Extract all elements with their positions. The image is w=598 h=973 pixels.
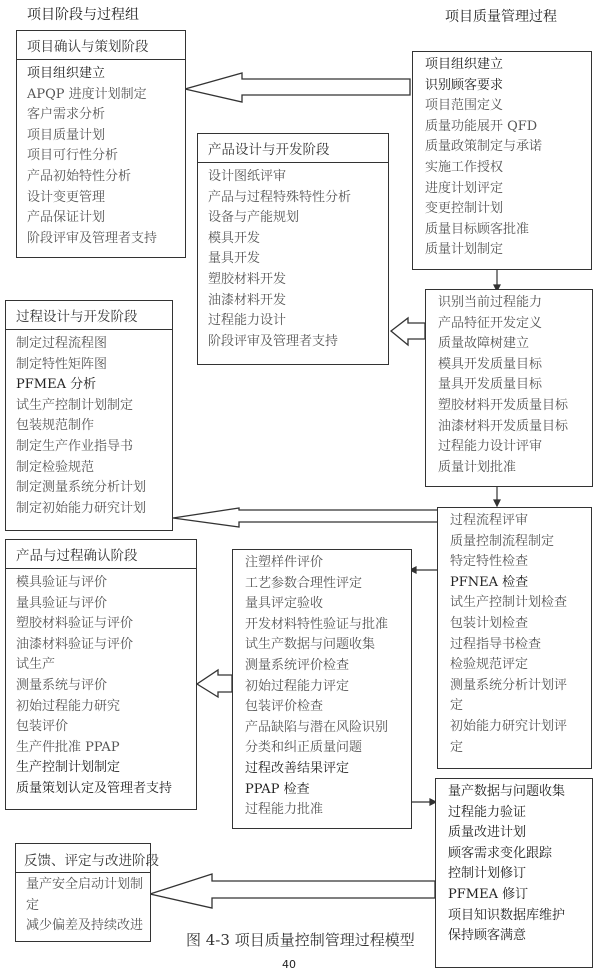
list-item: 质量控制流程制定 — [450, 532, 591, 553]
phase-items: 量产安全启动计划制 定 减少偏差及持续改进 — [16, 873, 150, 937]
list-item: 塑胶材料开发质量目标 — [438, 396, 592, 417]
hollow-arrow-4 — [197, 670, 232, 697]
process-box-5: 量产数据与问题收集 过程能力验证 质量改进计划 顾客需求变化跟踪 控制计划修订 … — [435, 778, 593, 968]
list-item: PFMEA 修订 — [448, 885, 592, 906]
phase-box-product-design: 产品设计与开发阶段 设计图纸评审 产品与过程特殊特性分析 设备与产能规划 模具开… — [197, 133, 389, 365]
list-item: 塑胶材料开发 — [208, 270, 388, 291]
process-items: 量产数据与问题收集 过程能力验证 质量改进计划 顾客需求变化跟踪 控制计划修订 … — [436, 779, 592, 947]
hollow-arrow-3 — [173, 508, 438, 527]
list-item: 进度计划评定 — [425, 179, 591, 200]
list-item: 定 — [450, 696, 591, 717]
list-item: 项目知识数据库维护 — [448, 906, 592, 927]
list-item: 识别当前过程能力 — [438, 293, 592, 314]
phase-title: 产品设计与开发阶段 — [198, 134, 388, 163]
list-item: 项目质量计划 — [27, 126, 185, 147]
list-item: 油漆材料开发 — [208, 291, 388, 312]
list-item: 质量目标顾客批准 — [425, 220, 591, 241]
list-item: 测量系统评价检查 — [245, 656, 411, 677]
process-box-3: 过程流程评审 质量控制流程制定 特定特性检查 PFNEA 检查 试生产控制计划检… — [437, 507, 592, 769]
list-item: 过程能力批准 — [245, 800, 411, 821]
phase-box-planning: 项目确认与策划阶段 项目组织建立 APQP 进度计划制定 客户需求分析 项目质量… — [16, 30, 186, 258]
hollow-arrow-5 — [150, 874, 435, 908]
list-item: 生产件批准 PPAP — [16, 738, 196, 759]
list-item: 控制计划修订 — [448, 864, 592, 885]
list-item: 包装规范制作 — [16, 416, 172, 437]
list-item: 模具验证与评价 — [16, 573, 196, 594]
list-item: 初始过程能力评定 — [245, 677, 411, 698]
process-box-4: 注塑样件评价 工艺参数合理性评定 量具评定验收 开发材料特性验证与批准 试生产数… — [232, 549, 412, 829]
list-item: 制定生产作业指导书 — [16, 437, 172, 458]
phase-items: 设计图纸评审 产品与过程特殊特性分析 设备与产能规划 模具开发 量具开发 塑胶材… — [198, 163, 388, 352]
list-item: 定 — [450, 738, 591, 759]
list-item: 产品初始特性分析 — [27, 167, 185, 188]
list-item: 注塑样件评价 — [245, 553, 411, 574]
list-item: 过程指导书检查 — [450, 635, 591, 656]
list-item: 制定特性矩阵图 — [16, 355, 172, 376]
hollow-arrow-1 — [185, 73, 410, 102]
list-item: 产品缺陷与潜在风险识别 — [245, 718, 411, 739]
list-item: 试生产数据与问题收集 — [245, 635, 411, 656]
phase-items: 模具验证与评价 量具验证与评价 塑胶材料验证与评价 油漆材料验证与评价 试生产 … — [6, 569, 196, 800]
list-item: 特定特性检查 — [450, 552, 591, 573]
list-item: 塑胶材料验证与评价 — [16, 614, 196, 635]
page-number: 40 — [282, 958, 296, 971]
process-box-1: 项目组织建立 识别顾客要求 项目范围定义 质量功能展开 QFD 质量政策制定与承… — [412, 51, 592, 270]
list-item: PFNEA 检查 — [450, 573, 591, 594]
list-item: 变更控制计划 — [425, 199, 591, 220]
process-items: 识别当前过程能力 产品特征开发定义 质量故障树建立 模具开发质量目标 量具开发质… — [426, 290, 592, 478]
list-item: 工艺参数合理性评定 — [245, 574, 411, 595]
list-item: PPAP 检查 — [245, 780, 411, 801]
phase-box-feedback-items: 量产安全启动计划制 定 减少偏差及持续改进 — [15, 872, 151, 942]
left-column-header: 项目阶段与过程组 — [27, 4, 139, 24]
phase-title: 过程设计与开发阶段 — [6, 301, 172, 330]
list-item: 项目组织建立 — [425, 55, 591, 76]
list-item: 设计变更管理 — [27, 188, 185, 209]
list-item: 试生产控制计划制定 — [16, 396, 172, 417]
right-column-header: 项目质量管理过程 — [445, 6, 557, 26]
list-item: 项目范围定义 — [425, 96, 591, 117]
process-box-2: 识别当前过程能力 产品特征开发定义 质量故障树建立 模具开发质量目标 量具开发质… — [425, 289, 593, 487]
list-item: 减少偏差及持续改进 — [26, 916, 150, 937]
list-item: 质量改进计划 — [448, 823, 592, 844]
phase-box-feedback: 反馈、评定与改进阶段 — [15, 843, 151, 873]
list-item: 定 — [26, 896, 150, 917]
list-item: 油漆材料开发质量目标 — [438, 417, 592, 438]
list-item: 量具验证与评价 — [16, 594, 196, 615]
phase-box-process-design: 过程设计与开发阶段 制定过程流程图 制定特性矩阵图 PFMEA 分析 试生产控制… — [5, 300, 173, 531]
list-item: 测量系统分析计划评 — [450, 676, 591, 697]
list-item: 产品特征开发定义 — [438, 314, 592, 335]
list-item: 试生产控制计划检查 — [450, 593, 591, 614]
list-item: 试生产 — [16, 655, 196, 676]
list-item: 制定初始能力研究计划 — [16, 499, 172, 520]
list-item: 分类和纠正质量问题 — [245, 738, 411, 759]
list-item: 过程能力设计评审 — [438, 437, 592, 458]
list-item: 过程流程评审 — [450, 511, 591, 532]
list-item: 过程能力设计 — [208, 311, 388, 332]
list-item: 项目组织建立 — [27, 64, 185, 85]
list-item: 制定过程流程图 — [16, 334, 172, 355]
phase-title: 产品与过程确认阶段 — [6, 540, 196, 569]
list-item: 初始过程能力研究 — [16, 697, 196, 718]
list-item: 质量计划批准 — [438, 458, 592, 479]
list-item: 阶段评审及管理者支持 — [208, 332, 388, 353]
list-item: 客户需求分析 — [27, 105, 185, 126]
list-item: 识别顾客要求 — [425, 76, 591, 97]
list-item: 量具开发 — [208, 249, 388, 270]
list-item: 生产控制计划制定 — [16, 758, 196, 779]
list-item: 过程能力验证 — [448, 803, 592, 824]
list-item: 实施工作授权 — [425, 158, 591, 179]
phase-box-validation: 产品与过程确认阶段 模具验证与评价 量具验证与评价 塑胶材料验证与评价 油漆材料… — [5, 539, 197, 810]
list-item: 过程改善结果评定 — [245, 759, 411, 780]
phase-items: 项目组织建立 APQP 进度计划制定 客户需求分析 项目质量计划 项目可行性分析… — [17, 60, 185, 249]
list-item: 量产数据与问题收集 — [448, 782, 592, 803]
process-items: 项目组织建立 识别顾客要求 项目范围定义 质量功能展开 QFD 质量政策制定与承… — [413, 52, 591, 261]
list-item: 量具开发质量目标 — [438, 375, 592, 396]
list-item: 包装评价 — [16, 717, 196, 738]
list-item: 制定测量系统分析计划 — [16, 478, 172, 499]
list-item: 检验规范评定 — [450, 655, 591, 676]
list-item: 产品与过程特殊特性分析 — [208, 188, 388, 209]
figure-caption: 图 4-3 项目质量控制管理过程模型 — [186, 929, 415, 950]
list-item: 油漆材料验证与评价 — [16, 635, 196, 656]
list-item: 设备与产能规划 — [208, 208, 388, 229]
list-item: 制定检验规范 — [16, 458, 172, 479]
list-item: 测量系统与评价 — [16, 676, 196, 697]
list-item: 阶段评审及管理者支持 — [27, 229, 185, 250]
list-item: 模具开发质量目标 — [438, 355, 592, 376]
phase-items: 制定过程流程图 制定特性矩阵图 PFMEA 分析 试生产控制计划制定 包装规范制… — [6, 330, 172, 519]
list-item: 开发材料特性验证与批准 — [245, 615, 411, 636]
list-item: 质量策划认定及管理者支持 — [16, 779, 196, 800]
list-item: 模具开发 — [208, 229, 388, 250]
list-item: 项目可行性分析 — [27, 146, 185, 167]
list-item: 质量功能展开 QFD — [425, 117, 591, 138]
hollow-arrow-2 — [391, 318, 425, 345]
list-item: 量具评定验收 — [245, 594, 411, 615]
phase-title: 反馈、评定与改进阶段 — [16, 844, 150, 874]
list-item: 保持顾客满意 — [448, 926, 592, 947]
list-item: 质量计划制定 — [425, 240, 591, 261]
list-item: 初始能力研究计划评 — [450, 717, 591, 738]
process-items: 注塑样件评价 工艺参数合理性评定 量具评定验收 开发材料特性验证与批准 试生产数… — [233, 550, 411, 821]
list-item: 质量政策制定与承诺 — [425, 137, 591, 158]
list-item: 质量故障树建立 — [438, 334, 592, 355]
list-item: 量产安全启动计划制 — [26, 875, 150, 896]
list-item: 顾客需求变化跟踪 — [448, 844, 592, 865]
process-items: 过程流程评审 质量控制流程制定 特定特性检查 PFNEA 检查 试生产控制计划检… — [438, 508, 591, 758]
list-item: 设计图纸评审 — [208, 167, 388, 188]
list-item: 包装评价检查 — [245, 697, 411, 718]
list-item: APQP 进度计划制定 — [27, 85, 185, 106]
list-item: 包装计划检查 — [450, 614, 591, 635]
phase-title: 项目确认与策划阶段 — [17, 31, 185, 60]
list-item: 产品保证计划 — [27, 208, 185, 229]
list-item: PFMEA 分析 — [16, 375, 172, 396]
